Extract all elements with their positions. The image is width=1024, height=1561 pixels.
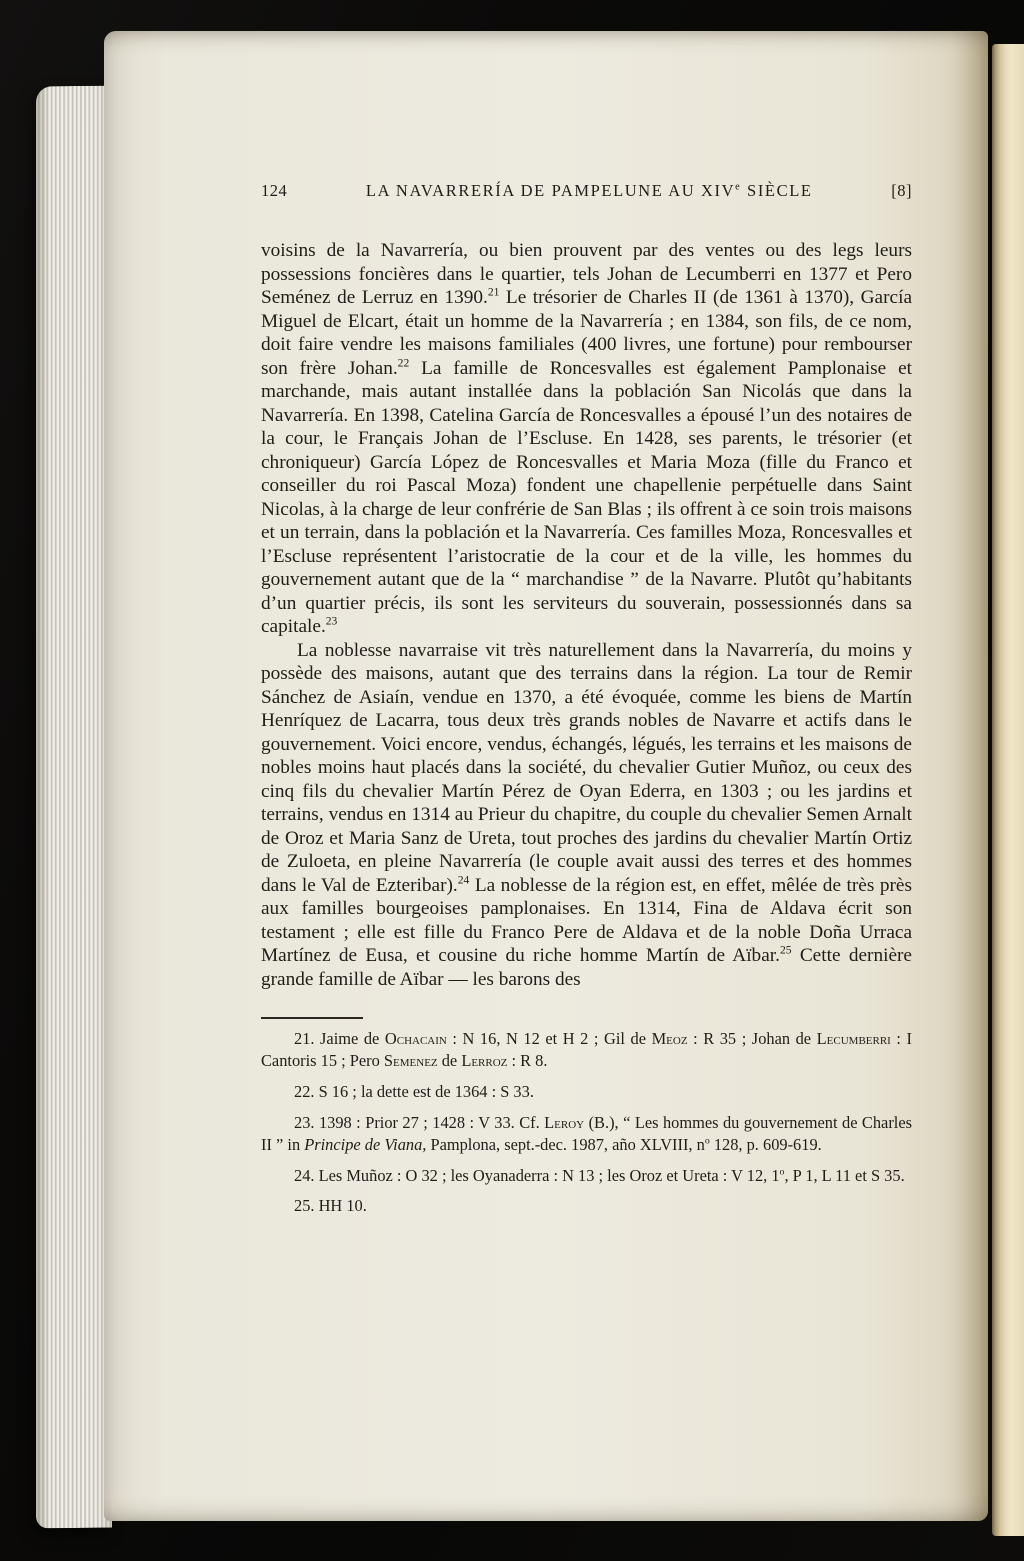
smallcaps-name: Meoz <box>652 1029 688 1048</box>
footnote-ref: 25 <box>780 944 792 957</box>
footnote-item: 24. Les Muñoz : O 32 ; les Oyanaderra : … <box>261 1165 912 1187</box>
book-photo: 124 LA NAVARRERÍA DE PAMPELUNE AU XIVe S… <box>0 0 1024 1561</box>
body-paragraph: voisins de la Navarrería, ou bien prouve… <box>261 239 912 639</box>
text-run: SIÈCLE <box>741 181 812 200</box>
text-run: 128, p. 609-619. <box>710 1135 822 1154</box>
text-run: de <box>438 1051 462 1070</box>
text-run: 25. HH 10. <box>294 1196 367 1215</box>
smallcaps-name: Leroy <box>544 1113 584 1132</box>
footnote-item: 21. Jaime de Ochacain : N 16, N 12 et H … <box>261 1028 912 1072</box>
smallcaps-name: Lecumberri <box>817 1029 891 1048</box>
facing-page-sliver <box>992 44 1024 1536</box>
book-page: 124 LA NAVARRERÍA DE PAMPELUNE AU XIVe S… <box>104 31 988 1521</box>
smallcaps-name: Semenez <box>384 1051 438 1070</box>
running-title: LA NAVARRERÍA DE PAMPELUNE AU XIVe SIÈCL… <box>287 181 891 201</box>
text-run: 22. S 16 ; la dette est de 1364 : S 33. <box>294 1082 534 1101</box>
text-run: : N 16, N 12 et H 2 ; Gil de <box>447 1029 652 1048</box>
body-text: voisins de la Navarrería, ou bien prouve… <box>261 239 912 991</box>
footnote-ref: 22 <box>398 356 410 369</box>
footnote-ref: 21 <box>488 286 500 299</box>
running-header: 124 LA NAVARRERÍA DE PAMPELUNE AU XIVe S… <box>261 181 912 201</box>
text-run: 23. 1398 : Prior 27 ; 1428 : V 33. Cf. <box>294 1113 544 1132</box>
smallcaps-name: Lerroz <box>461 1051 507 1070</box>
footnote-rule <box>261 1017 363 1019</box>
page-number: 124 <box>261 181 287 201</box>
folio-bracket: [8] <box>891 181 912 201</box>
footnote-ref: 23 <box>326 615 338 628</box>
text-run: La noblesse navarraise vit très naturell… <box>261 640 912 896</box>
text-run: 21. Jaime de <box>294 1029 385 1048</box>
body-paragraph: La noblesse navarraise vit très naturell… <box>261 639 912 992</box>
footnote-item: 25. HH 10. <box>261 1195 912 1217</box>
footnote-item: 22. S 16 ; la dette est de 1364 : S 33. <box>261 1081 912 1103</box>
footnote-ref: 24 <box>458 873 470 886</box>
text-run: Pamplona, sept.-dec. 1987, año XLVIII, n <box>426 1135 704 1154</box>
footnote-item: 23. 1398 : Prior 27 ; 1428 : V 33. Cf. L… <box>261 1112 912 1156</box>
text-run: LA NAVARRERÍA DE PAMPELUNE AU XIV <box>366 181 735 200</box>
text-run: , P 1, L 11 et S 35. <box>784 1166 904 1185</box>
text-run: : R 8. <box>507 1051 547 1070</box>
text-run: La famille de Roncesvalles est également… <box>261 358 912 638</box>
italic-title: Principe de Viana, <box>304 1135 426 1154</box>
text-block: 124 LA NAVARRERÍA DE PAMPELUNE AU XIVe S… <box>261 31 912 1217</box>
text-run: : R 35 ; Johan de <box>688 1029 817 1048</box>
text-run: 24. Les Muñoz : O 32 ; les Oyanaderra : … <box>294 1166 780 1185</box>
smallcaps-name: Ochacain <box>385 1029 447 1048</box>
footnotes: 21. Jaime de Ochacain : N 16, N 12 et H … <box>261 1028 912 1217</box>
page-stack-fore-edge <box>36 86 112 1529</box>
